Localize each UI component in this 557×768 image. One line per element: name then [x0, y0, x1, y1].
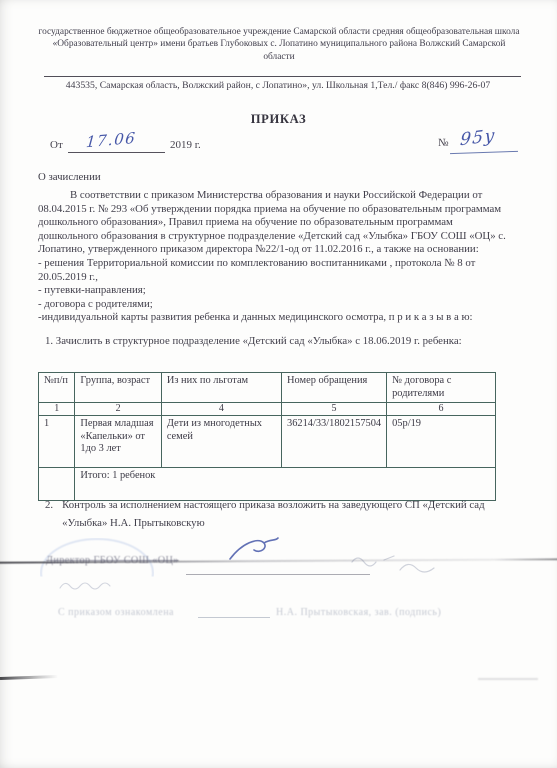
signature-line — [186, 574, 370, 575]
total-empty-cell — [39, 468, 75, 501]
bottom-right-smudge — [478, 678, 538, 680]
letterhead-divider — [44, 76, 521, 77]
table-header-row: №п/п Группа, возраст Из них по льготам Н… — [39, 373, 496, 403]
ground-item: -индивидуальной карты развития ребенка и… — [38, 311, 506, 325]
total-cell: Итого: 1 ребенок — [75, 468, 496, 501]
order-body: В соответствии с приказом Министерства о… — [38, 189, 506, 349]
date-year-suffix: 2019 г. — [170, 139, 201, 151]
table-total-row: Итого: 1 ребенок — [39, 468, 496, 501]
column-number: 6 — [387, 403, 496, 416]
col-header-contract-number: № договора с родителями — [387, 373, 496, 403]
organization-name: государственное бюджетное общеобразовате… — [36, 26, 522, 63]
handwritten-date: 17.06 — [85, 129, 137, 152]
acknowledgement-signature-line — [198, 617, 270, 618]
column-number-row: 1 2 4 5 6 — [39, 403, 496, 416]
order-number-underline — [450, 151, 518, 154]
date-underline — [68, 152, 165, 153]
cell-contract-number: 05р/19 — [387, 416, 496, 468]
col-header-benefits: Из них по льготам — [161, 373, 281, 403]
acknowledgement-label: С приказом ознакомлена — [58, 607, 174, 618]
order-item-1: 1. Зачислить в структурное подразделение… — [38, 335, 506, 349]
ground-item: - путевки-направления; — [38, 284, 506, 298]
cell-npp: 1 — [39, 416, 75, 468]
table-row: 1 Первая младшая «Капельки» от 1до 3 лет… — [39, 416, 496, 468]
left-faint-handwriting — [58, 578, 120, 594]
right-faint-handwriting — [350, 552, 436, 578]
date-from-label: От — [50, 139, 63, 151]
cell-application-number: 36214/33/1802157504 — [282, 416, 387, 468]
director-signature-squiggle — [228, 537, 280, 563]
order-item-2: 2. Контроль за исполнением настоящего пр… — [45, 497, 497, 532]
acknowledgement-name: Н.А. Прытыковская, зав. (подпись) — [276, 607, 441, 618]
cell-benefits: Дети из многодетных семей — [161, 416, 281, 468]
order-number-label: № — [438, 137, 449, 149]
order-document: государственное бюджетное общеобразовате… — [0, 0, 557, 768]
column-number: 1 — [39, 403, 75, 416]
column-number: 5 — [282, 403, 387, 416]
item-2-number: 2. — [45, 497, 53, 532]
column-number: 2 — [75, 403, 161, 416]
col-header-group: Группа, возраст — [75, 373, 161, 403]
enrollment-table: №п/п Группа, возраст Из них по льготам Н… — [38, 372, 496, 501]
organization-address: 443535, Самарская область, Волжский райо… — [28, 80, 528, 91]
order-subject: О зачислении — [38, 171, 101, 183]
column-number: 4 — [161, 403, 281, 416]
intro-paragraph: В соответствии с приказом Министерства о… — [38, 189, 506, 257]
document-title: ПРИКАЗ — [0, 112, 557, 127]
ground-item: - решения Территориальной комиссии по ко… — [38, 257, 506, 284]
col-header-npp: №п/п — [39, 373, 75, 403]
cell-group: Первая младшая «Капельки» от 1до 3 лет — [75, 416, 161, 468]
col-header-application-number: Номер обращения — [282, 373, 387, 403]
ground-item: - договора с родителями; — [38, 298, 506, 312]
handwritten-order-number: 95у — [459, 126, 497, 151]
stamp-ghost-arc — [40, 538, 154, 608]
director-signature-label: Директор ГБОУ СОШ «ОЦ» — [46, 555, 179, 566]
bottom-left-crease — [0, 675, 58, 680]
item-2-text: Контроль за исполнением настоящего прика… — [62, 497, 497, 532]
